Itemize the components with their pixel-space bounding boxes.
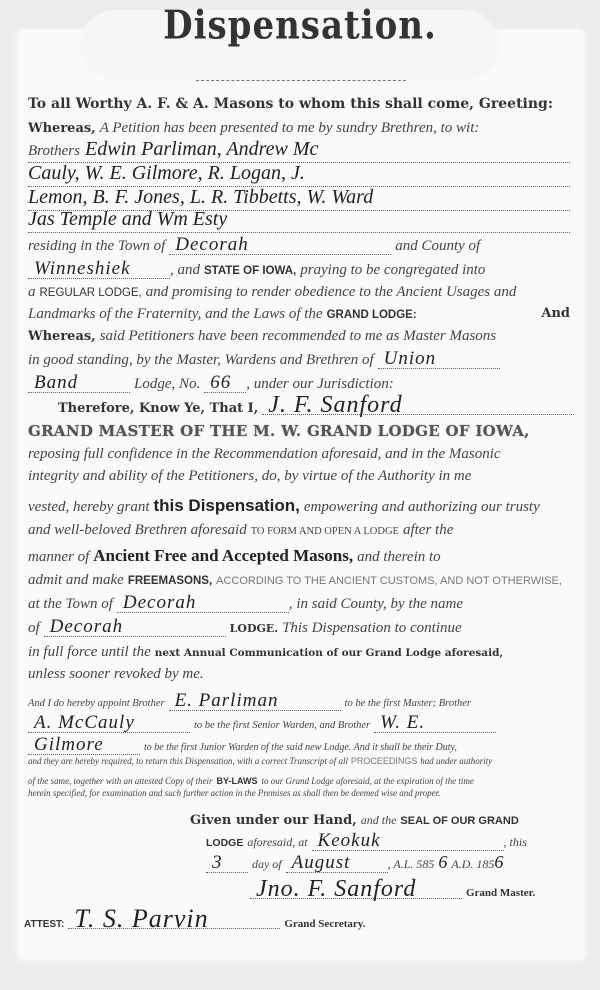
town-value-2: Decorah	[117, 594, 289, 613]
brothers-names-3: Lemon, B. F. Jones, L. R. Tibbetts, W. W…	[28, 186, 373, 208]
month-value: August	[286, 854, 388, 873]
text: aforesaid, at	[247, 835, 307, 849]
grand-master-header: GRAND MASTER OF THE M. W. GRAND LODGE OF…	[28, 422, 576, 440]
regular-lodge: REGULAR LODGE,	[39, 287, 141, 299]
line-lodge-name: of Decorah LODGE. This Dispensation to c…	[28, 618, 570, 637]
whereas-intro: Whereas, A Petition has been presented t…	[28, 120, 570, 137]
brothers-line-4: Jas Temple and Wm Esty	[28, 208, 570, 233]
text: in full force until the	[28, 644, 151, 660]
title-divider	[196, 80, 406, 81]
lodge-name-value: Decorah	[44, 618, 226, 637]
text: This Dispensation to continue	[282, 620, 462, 636]
line-therefore: Therefore, Know Ye, That I, J. F. Sanfor…	[58, 396, 570, 416]
text: of the same, together with an attested C…	[28, 776, 212, 786]
county-line: Winneshiek, and STATE OF IOWA, praying t…	[28, 260, 570, 279]
appoint-line-4: and they are hereby required, to return …	[28, 756, 570, 767]
line-manner: manner of Ancient Free and Accepted Maso…	[28, 546, 570, 566]
text: to be the first Master; Brother	[345, 698, 471, 709]
lodge-number: 66	[204, 374, 246, 393]
text: said Petitioners have been recommended t…	[100, 328, 496, 344]
given-line-1: Given under our Hand, and the SEAL OF OU…	[190, 812, 570, 828]
county-value: Winneshiek	[28, 260, 170, 279]
text: at the Town of	[28, 596, 113, 612]
text: of	[28, 620, 40, 636]
town-value: Decorah	[169, 236, 391, 255]
text: and they are hereby required, to return …	[28, 756, 348, 766]
document-title: Dispensation.	[0, 3, 600, 49]
line-whereas-2: Whereas, said Petitioners have been reco…	[28, 328, 570, 345]
day-value: 3	[206, 854, 248, 873]
master-name: E. Parliman	[169, 692, 341, 711]
brothers-names-2: Cauly, W. E. Gilmore, R. Logan, J.	[28, 162, 305, 184]
this-dispensation: this Dispensation,	[153, 496, 299, 515]
brothers-names-4: Jas Temple and Wm Esty	[28, 208, 227, 230]
grand-master-title: Grand Master.	[466, 887, 535, 899]
lodge-name-1: Union	[378, 350, 500, 369]
text: And I do hereby appoint Brother	[28, 698, 165, 709]
text: admit and make	[28, 572, 124, 588]
line-town: at the Town of Decorah, in said County, …	[28, 594, 570, 613]
given-line-3: 3 day of August, A.L. 585 6 A.D. 1856	[206, 852, 570, 873]
text: , this	[504, 835, 527, 849]
text: , under our Jurisdiction:	[246, 376, 394, 392]
al-digit: 6	[438, 852, 447, 872]
appoint-line-3: Gilmore to be the first Junior Warden of…	[28, 736, 570, 755]
text: and promising to render obedience to the…	[146, 284, 517, 300]
line-integrity: integrity and ability of the Petitioners…	[28, 468, 570, 485]
grand-lodge: GRAND LODGE:	[327, 309, 417, 321]
state-prefix: , and	[170, 262, 200, 278]
place-value: Keokuk	[312, 832, 504, 851]
line-admit: admit and make FREEMASONS, ACCORDING TO …	[28, 572, 570, 589]
proceedings: PROCEEDINGS	[351, 756, 418, 766]
secretary-title: Grand Secretary.	[284, 918, 365, 930]
brothers-names-1: Edwin Parliman, Andrew Mc	[85, 138, 318, 160]
appoint-line-1: And I do hereby appoint Brother E. Parli…	[28, 692, 570, 711]
line-regular-lodge: a REGULAR LODGE, and promising to render…	[28, 284, 570, 301]
secretary-signature: T. S. Parvin	[68, 910, 280, 929]
attest-line: ATTEST: T. S. Parvin Grand Secretary.	[24, 910, 570, 930]
text: in good standing, by the Master, Wardens…	[28, 352, 374, 368]
therefore-text: Therefore, Know Ye, That I,	[58, 401, 258, 416]
praying-text: praying to be congregated into	[300, 262, 485, 278]
line-unless: unless sooner revoked by me.	[28, 666, 570, 683]
line-well-beloved: and well-beloved Brethren aforesaid TO F…	[28, 522, 570, 539]
lodge-caps: LODGE	[206, 837, 243, 849]
next-annual-communication: next Annual Communication of our Grand L…	[155, 647, 503, 659]
text: to our Grand Lodge aforesaid, at the exp…	[261, 776, 473, 786]
text: and well-beloved Brethren aforesaid	[28, 522, 247, 538]
ad-label: A.D. 185	[451, 857, 494, 871]
ad-digit: 6	[494, 852, 503, 872]
whereas-2: Whereas,	[28, 329, 96, 344]
text: Landmarks of the Fraternity, and the Law…	[28, 306, 323, 322]
whereas-lead: Whereas,	[28, 121, 96, 136]
by-laws: BY-LAWS	[216, 776, 257, 786]
senior-warden-name: A. McCauly	[28, 714, 190, 733]
appoint-line-6: herein specified, for examination and su…	[28, 788, 570, 798]
text: to be the first Junior Warden of the sai…	[144, 742, 457, 753]
brothers-line-1: Brothers Edwin Parliman, Andrew Mc	[28, 138, 570, 163]
line-landmarks: Landmarks of the Fraternity, and the Law…	[28, 306, 570, 323]
text: vested, hereby grant	[28, 499, 150, 515]
text: after the	[403, 522, 453, 538]
grand-master-signature: Jno. F. Sanford	[250, 880, 462, 899]
county-label: and County of	[395, 238, 480, 254]
line-vested: vested, hereby grant this Dispensation, …	[28, 496, 570, 516]
line-lodge-no: Band Lodge, No. 66, under our Jurisdicti…	[28, 374, 570, 393]
appoint-line-2: A. McCauly to be the first Senior Warden…	[28, 714, 570, 733]
greeting: To all Worthy A. F. & A. Masons to whom …	[28, 96, 570, 112]
al-label: , A.L. 585	[388, 857, 435, 871]
text: Lodge, No.	[134, 376, 200, 392]
lodge-text: LODGE.	[230, 622, 278, 635]
text: a	[28, 284, 36, 300]
grand-master-name: J. F. Sanford	[262, 396, 574, 415]
text: , in said County, by the name	[289, 596, 463, 612]
residing-line: residing in the Town of Decorah and Coun…	[28, 236, 570, 255]
freemasons: FREEMASONS,	[128, 575, 212, 587]
form-open-lodge: TO FORM AND OPEN A LODGE	[251, 526, 399, 537]
seal-text: SEAL OF OUR GRAND	[400, 815, 518, 827]
according-customs: ACCORDING TO THE ANCIENT CUSTOMS, AND NO…	[216, 575, 562, 587]
grand-master-signature-line: Jno. F. Sanford Grand Master.	[250, 880, 570, 899]
lodge-name-2: Band	[28, 374, 130, 393]
junior-warden-name-1: W. E.	[374, 714, 496, 733]
text: day of	[252, 857, 282, 871]
line-reposing: reposing full confidence in the Recommen…	[28, 446, 570, 463]
line-good-standing: in good standing, by the Master, Wardens…	[28, 350, 570, 369]
whereas-text: A Petition has been presented to me by s…	[100, 120, 480, 136]
state-value: STATE OF IOWA,	[204, 265, 296, 277]
text: and therein to	[357, 549, 441, 565]
junior-warden-name-2: Gilmore	[28, 736, 140, 755]
residing-prefix: residing in the Town of	[28, 238, 165, 254]
and-text: And	[541, 306, 570, 321]
given-line-2: LODGE aforesaid, at Keokuk, this	[206, 832, 570, 851]
brothers-line-2: Cauly, W. E. Gilmore, R. Logan, J.	[28, 162, 570, 187]
text: to be the first Senior Warden, and Broth…	[194, 720, 370, 731]
brothers-label: Brothers	[28, 143, 80, 159]
ancient-free-accepted: Ancient Free and Accepted Masons,	[93, 546, 353, 565]
text: empowering and authorizing our trusty	[304, 499, 540, 515]
text: manner of	[28, 549, 89, 565]
appoint-line-5: of the same, together with an attested C…	[28, 772, 570, 787]
text: and the	[361, 813, 397, 827]
attest-label: ATTEST:	[24, 919, 64, 930]
given-under-hand: Given under our Hand,	[190, 813, 357, 828]
text: had under authority	[420, 756, 492, 766]
line-full-force: in full force until the next Annual Comm…	[28, 644, 570, 661]
